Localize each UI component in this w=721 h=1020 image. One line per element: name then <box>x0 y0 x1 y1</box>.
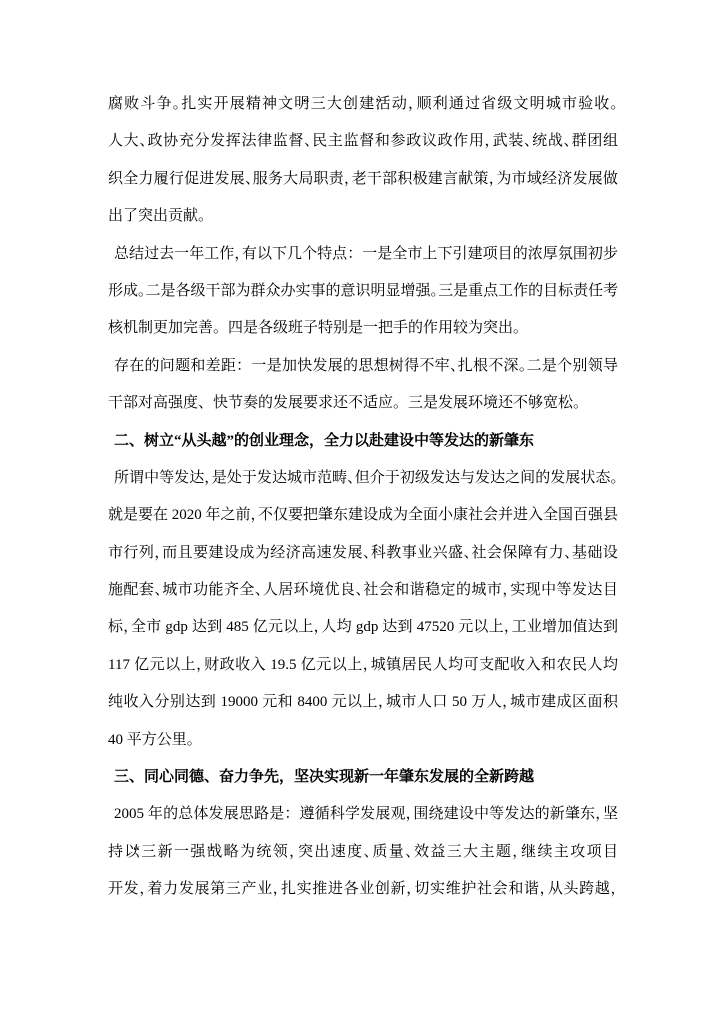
paragraph: 所谓中等发达，是处于发达城市范畴、但介于初级发达与发达之间的发展状态。就是要在 … <box>108 460 618 759</box>
paragraph: 总结过去一年工作，有以下几个特点：一是全市上下引建项目的浓厚氛围初步形成。二是各… <box>108 236 618 348</box>
text-line: 存在的问题和差距：一是加快发展的思想树得不牢、扎根不深。二是个别领导 <box>108 348 618 385</box>
text-line: 所谓中等发达，是处于发达城市范畴、但介于初级发达与发达之间的发展状态。 <box>108 460 618 497</box>
paragraph: 存在的问题和差距：一是加快发展的思想树得不牢、扎根不深。二是个别领导干部对高强度… <box>108 348 618 423</box>
text-line: 2005 年的总体发展思路是：遵循科学发展观，围绕建设中等发达的新肇东，坚 <box>108 796 618 833</box>
paragraph: 腐败斗争。扎实开展精神文明“三大创建”活动，顺利通过省级文明城市验收。人大、政协… <box>108 86 618 236</box>
document-page: 腐败斗争。扎实开展精神文明“三大创建”活动，顺利通过省级文明城市验收。人大、政协… <box>0 0 721 1020</box>
text-line: 持以“三新一强”战略为统领，突出速度、质量、效益三大主题，继续主攻项目 <box>108 834 618 871</box>
text-line: 117 亿元以上，财政收入 19.5 亿元以上，城镇居民人均可支配收入和农民人均 <box>108 647 618 684</box>
text-line: 二、树立“从头越”的创业理念，全力以赴建设中等发达的新肇东 <box>108 423 618 460</box>
section-heading: 二、树立“从头越”的创业理念，全力以赴建设中等发达的新肇东 <box>108 423 618 460</box>
paragraph: 2005 年的总体发展思路是：遵循科学发展观，围绕建设中等发达的新肇东，坚持以“… <box>108 796 618 908</box>
text-line: 总结过去一年工作，有以下几个特点：一是全市上下引建项目的浓厚氛围初步 <box>108 236 618 273</box>
text-line: 施配套、城市功能齐全、人居环境优良、社会和谐稳定的城市，实现中等发达目 <box>108 572 618 609</box>
text-line: 出了突出贡献。 <box>108 198 618 235</box>
text-line: 干部对高强度、快节奏的发展要求还不适应。三是发展环境还不够宽松。 <box>108 385 618 422</box>
text-line: 三、同心同德、奋力争先，坚决实现新一年肇东发展的全新跨越 <box>108 759 618 796</box>
text-line: 就是要在 2020 年之前，不仅要把肇东建设成为全面小康社会并进入全国百强县 <box>108 497 618 534</box>
text-line: 人大、政协充分发挥法律监督、民主监督和参政议政作用，武装、统战、群团组 <box>108 123 618 160</box>
text-line: 标，全市 gdp 达到 485 亿元以上，人均 gdp 达到 47520 元以上… <box>108 609 618 646</box>
text-line: 市行列，而且要建设成为经济高速发展、科教事业兴盛、社会保障有力、基础设 <box>108 535 618 572</box>
text-line: 核机制更加完善。四是各级班子特别是一把手的作用较为突出。 <box>108 310 618 347</box>
text-line: 40 平方公里。 <box>108 722 618 759</box>
text-line: 形成。二是各级干部为群众办实事的意识明显增强。三是重点工作的目标责任考 <box>108 273 618 310</box>
section-heading: 三、同心同德、奋力争先，坚决实现新一年肇东发展的全新跨越 <box>108 759 618 796</box>
text-line: 开发，着力发展第三产业，扎实推进各业创新，切实维护社会和谐，从头跨越， <box>108 871 618 908</box>
document-body: 腐败斗争。扎实开展精神文明“三大创建”活动，顺利通过省级文明城市验收。人大、政协… <box>108 86 618 909</box>
text-line: 腐败斗争。扎实开展精神文明“三大创建”活动，顺利通过省级文明城市验收。 <box>108 86 618 123</box>
text-line: 纯收入分别达到 19000 元和 8400 元以上，城市人口 50 万人，城市建… <box>108 684 618 721</box>
text-line: 织全力履行促进发展、服务大局职责，老干部积极建言献策，为市域经济发展做 <box>108 161 618 198</box>
